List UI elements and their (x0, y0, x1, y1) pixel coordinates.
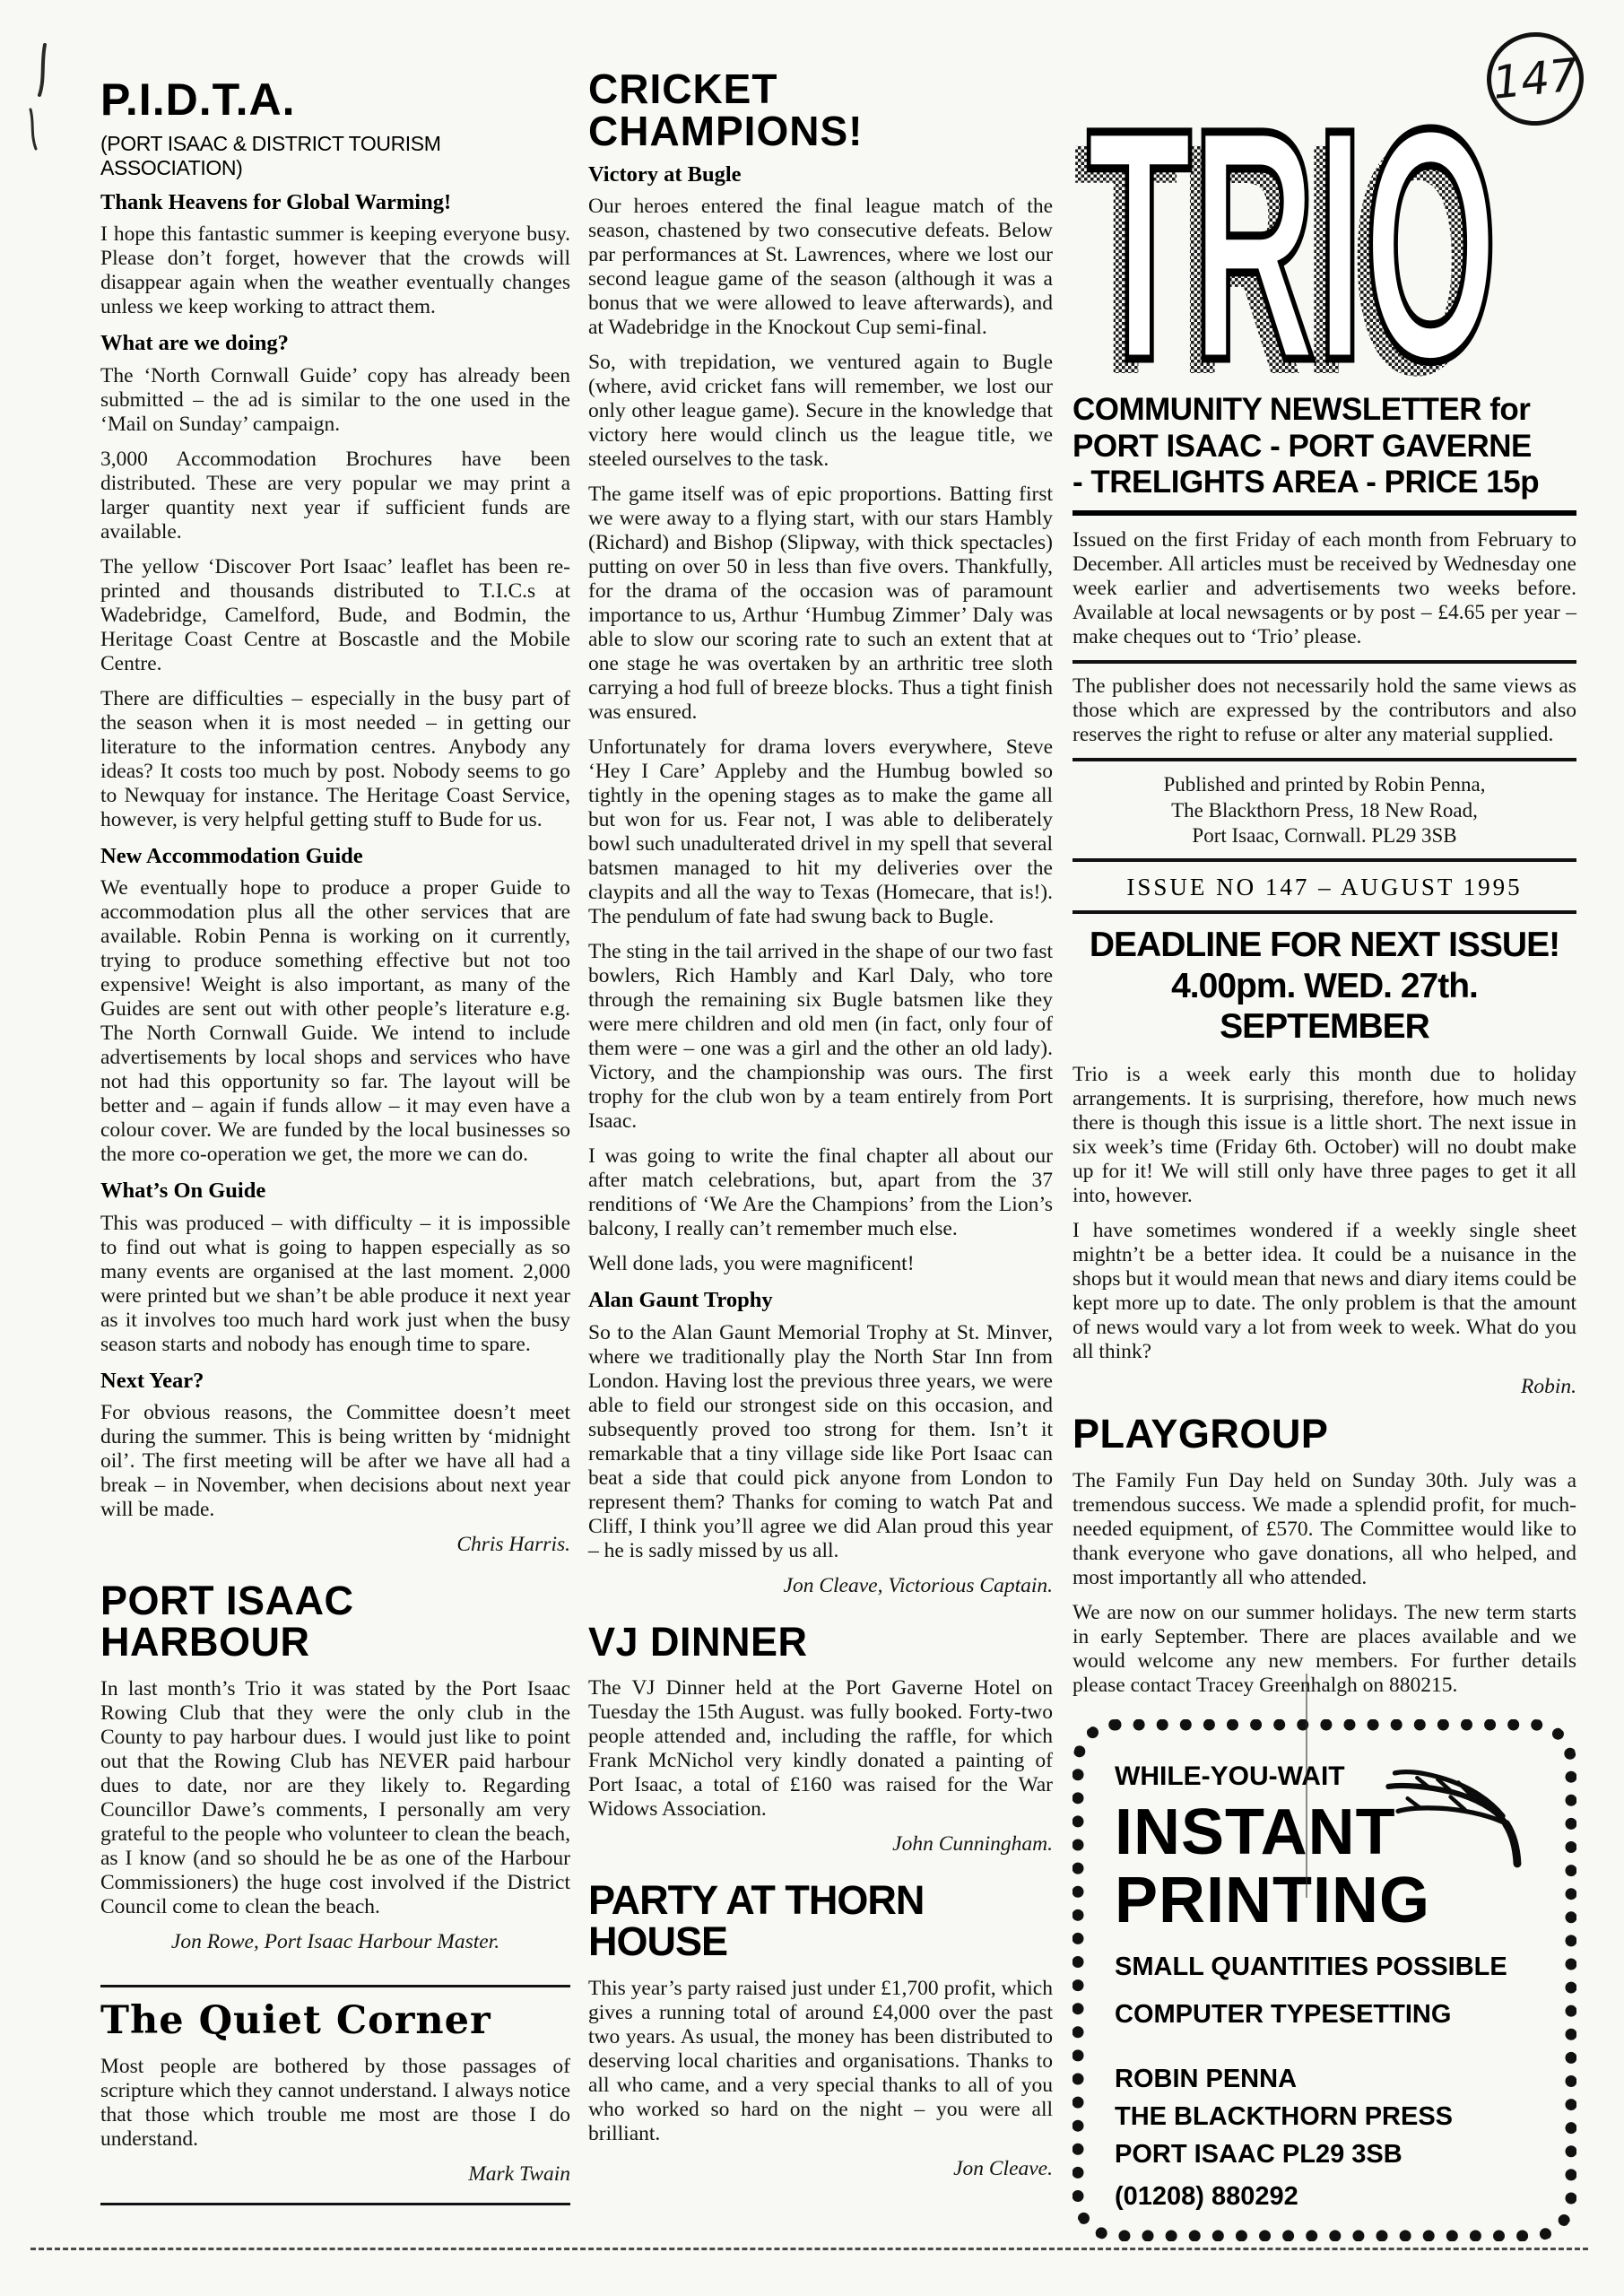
article-paragraph: Well done lads, you were magnificent! (588, 1252, 1053, 1276)
article-paragraph: The Family Fun Day held on Sunday 30th. … (1073, 1469, 1576, 1590)
ad-phone: (01208) 880292 (1115, 2182, 1534, 2212)
article-paragraph: This was produced – with difficulty – it… (100, 1212, 570, 1357)
playgroup-title: PLAYGROUP (1073, 1413, 1576, 1455)
article-paragraph: We are now on our summer holidays. The n… (1073, 1601, 1576, 1698)
editorial-paragraph: Trio is a week early this month due to h… (1073, 1063, 1576, 1208)
ad-feature-line: COMPUTER TYPESETTING (1115, 2000, 1534, 2030)
article-vj-dinner: VJ DINNER The VJ Dinner held at the Port… (588, 1622, 1053, 1857)
trio-logo: TRIO TRIO (1073, 88, 1576, 388)
article-paragraph: The sting in the tail arrived in the sha… (588, 940, 1053, 1134)
divider-rule (1073, 758, 1576, 761)
issue-info-paragraph: Issued on the first Friday of each month… (1073, 528, 1576, 649)
masthead-line: COMMUNITY NEWSLETTER for (1073, 392, 1576, 429)
deadline-notice: DEADLINE FOR NEXT ISSUE! 4.00pm. WED. 27… (1073, 925, 1576, 1047)
deadline-line: 4.00pm. WED. 27th. SEPTEMBER (1073, 966, 1576, 1047)
publisher-block: Published and printed by Robin Penna, Th… (1073, 772, 1576, 849)
instant-printing-ad: WHILE-YOU-WAIT INSTANT PRINTING SMALL QU… (1073, 1719, 1576, 2241)
cricket-title: CRICKET CHAMPIONS! (588, 68, 1053, 152)
left-column: P.I.D.T.A. (PORT ISAAC & DISTRICT TOURIS… (100, 77, 570, 2205)
article-paragraph: I hope this fantastic summer is keeping … (100, 222, 570, 319)
newsletter-page: P.I.D.T.A. (PORT ISAAC & DISTRICT TOURIS… (0, 0, 1624, 2296)
ad-feature-line: SMALL QUANTITIES POSSIBLE (1115, 1952, 1534, 1982)
article-paragraph: So, with trepidation, we ventured again … (588, 351, 1053, 472)
ad-contact-address: PORT ISAAC PL29 3SB (1115, 2135, 1534, 2173)
editorial-paragraph: I have sometimes wondered if a weekly si… (1073, 1219, 1576, 1364)
publisher-line: Published and printed by Robin Penna, (1073, 772, 1576, 798)
article-paragraph: There are difficulties – especially in t… (100, 687, 570, 832)
article-paragraph: Most people are bothered by those passag… (100, 2055, 570, 2152)
article-signature: Jon Rowe, Port Isaac Harbour Master. (100, 1930, 570, 1954)
quiet-corner: The Quiet Corner Most people are bothere… (100, 1985, 570, 2205)
article-paragraph: The ‘North Cornwall Guide’ copy has alre… (100, 364, 570, 437)
article-pidta: P.I.D.T.A. (PORT ISAAC & DISTRICT TOURIS… (100, 77, 570, 1557)
masthead-line: PORT ISAAC - PORT GAVERNE (1073, 429, 1576, 465)
article-signature: Chris Harris. (100, 1533, 570, 1557)
issue-number: 147 (1490, 48, 1581, 109)
paper-crease (1306, 1674, 1307, 1898)
publisher-line: The Blackthorn Press, 18 New Road, (1073, 798, 1576, 824)
divider-rule (1073, 858, 1576, 862)
middle-column: CRICKET CHAMPIONS! Victory at Bugle Our … (588, 68, 1053, 2196)
article-playgroup: PLAYGROUP The Family Fun Day held on Sun… (1073, 1413, 1576, 1698)
windswept-tree-icon (1377, 1740, 1552, 1874)
cricket-subhead: Victory at Bugle (588, 161, 1053, 187)
pidta-subhead: Next Year? (100, 1368, 570, 1394)
article-cricket: CRICKET CHAMPIONS! Victory at Bugle Our … (588, 68, 1053, 1598)
article-paragraph: We eventually hope to produce a proper G… (100, 876, 570, 1167)
publisher-line: Port Isaac, Cornwall. PL29 3SB (1073, 823, 1576, 849)
article-paragraph: Unfortunately for drama lovers everywher… (588, 735, 1053, 929)
deadline-line: DEADLINE FOR NEXT ISSUE! (1073, 925, 1576, 965)
ad-title-line: PRINTING (1115, 1867, 1534, 1935)
divider-rule (1073, 910, 1576, 914)
article-paragraph: I was going to write the final chapter a… (588, 1144, 1053, 1241)
article-signature: Jon Cleave, Victorious Captain. (588, 1574, 1053, 1598)
issue-line: ISSUE NO 147 – AUGUST 1995 (1073, 873, 1576, 901)
article-signature: Jon Cleave. (588, 2157, 1053, 2181)
divider-rule (1073, 660, 1576, 664)
cricket-subhead: Alan Gaunt Trophy (588, 1287, 1053, 1313)
article-paragraph: This year’s party raised just under £1,7… (588, 1977, 1053, 2146)
publisher-disclaimer: The publisher does not necessarily hold … (1073, 674, 1576, 747)
page-bottom-rule (30, 2248, 1588, 2250)
trio-logo-text: TRIO (1087, 60, 1498, 429)
quiet-corner-title: The Quiet Corner (100, 2002, 570, 2040)
article-paragraph: The yellow ‘Discover Port Isaac’ leaflet… (100, 555, 570, 676)
article-signature: John Cunningham. (588, 1832, 1053, 1857)
pen-marks (18, 39, 72, 156)
article-paragraph: In last month’s Trio it was stated by th… (100, 1677, 570, 1919)
harbour-title: PORT ISAAC HARBOUR (100, 1580, 570, 1663)
masthead: COMMUNITY NEWSLETTER for PORT ISAAC - PO… (1073, 392, 1576, 516)
pidta-subtitle: (PORT ISAAC & DISTRICT TOURISM ASSOCIATI… (100, 132, 570, 180)
article-signature: Mark Twain (100, 2162, 570, 2187)
article-paragraph: 3,000 Accommodation Brochures have been … (100, 448, 570, 544)
article-party: PARTY AT THORN HOUSE This year’s party r… (588, 1880, 1053, 2181)
ad-contact-block: ROBIN PENNA THE BLACKTHORN PRESS PORT IS… (1115, 2060, 1534, 2173)
article-paragraph: The game itself was of epic proportions.… (588, 483, 1053, 725)
article-paragraph: The VJ Dinner held at the Port Gaverne H… (588, 1676, 1053, 1822)
article-paragraph: So to the Alan Gaunt Memorial Trophy at … (588, 1321, 1053, 1563)
right-column: 147 TRIO TRIO COMMUNITY NEWSLETTER for P… (1073, 30, 1576, 2241)
masthead-line: - TRELIGHTS AREA - PRICE 15p (1073, 465, 1576, 501)
ad-contact-press: THE BLACKTHORN PRESS (1115, 2098, 1534, 2135)
article-paragraph: Our heroes entered the final league matc… (588, 195, 1053, 340)
vj-dinner-title: VJ DINNER (588, 1622, 1053, 1663)
trio-logo-art: TRIO TRIO (1073, 88, 1508, 384)
editorial-signature: Robin. (1073, 1375, 1576, 1399)
party-title: PARTY AT THORN HOUSE (588, 1880, 1053, 1962)
article-paragraph: For obvious reasons, the Committee doesn… (100, 1401, 570, 1522)
pidta-subhead: What’s On Guide (100, 1178, 570, 1204)
pidta-subhead: Thank Heavens for Global Warming! (100, 189, 570, 215)
article-harbour: PORT ISAAC HARBOUR In last month’s Trio … (100, 1580, 570, 1954)
pidta-subhead: What are we doing? (100, 330, 570, 356)
ad-contact-name: ROBIN PENNA (1115, 2060, 1534, 2098)
pidta-title: P.I.D.T.A. (100, 77, 570, 123)
pidta-subhead: New Accommodation Guide (100, 843, 570, 869)
